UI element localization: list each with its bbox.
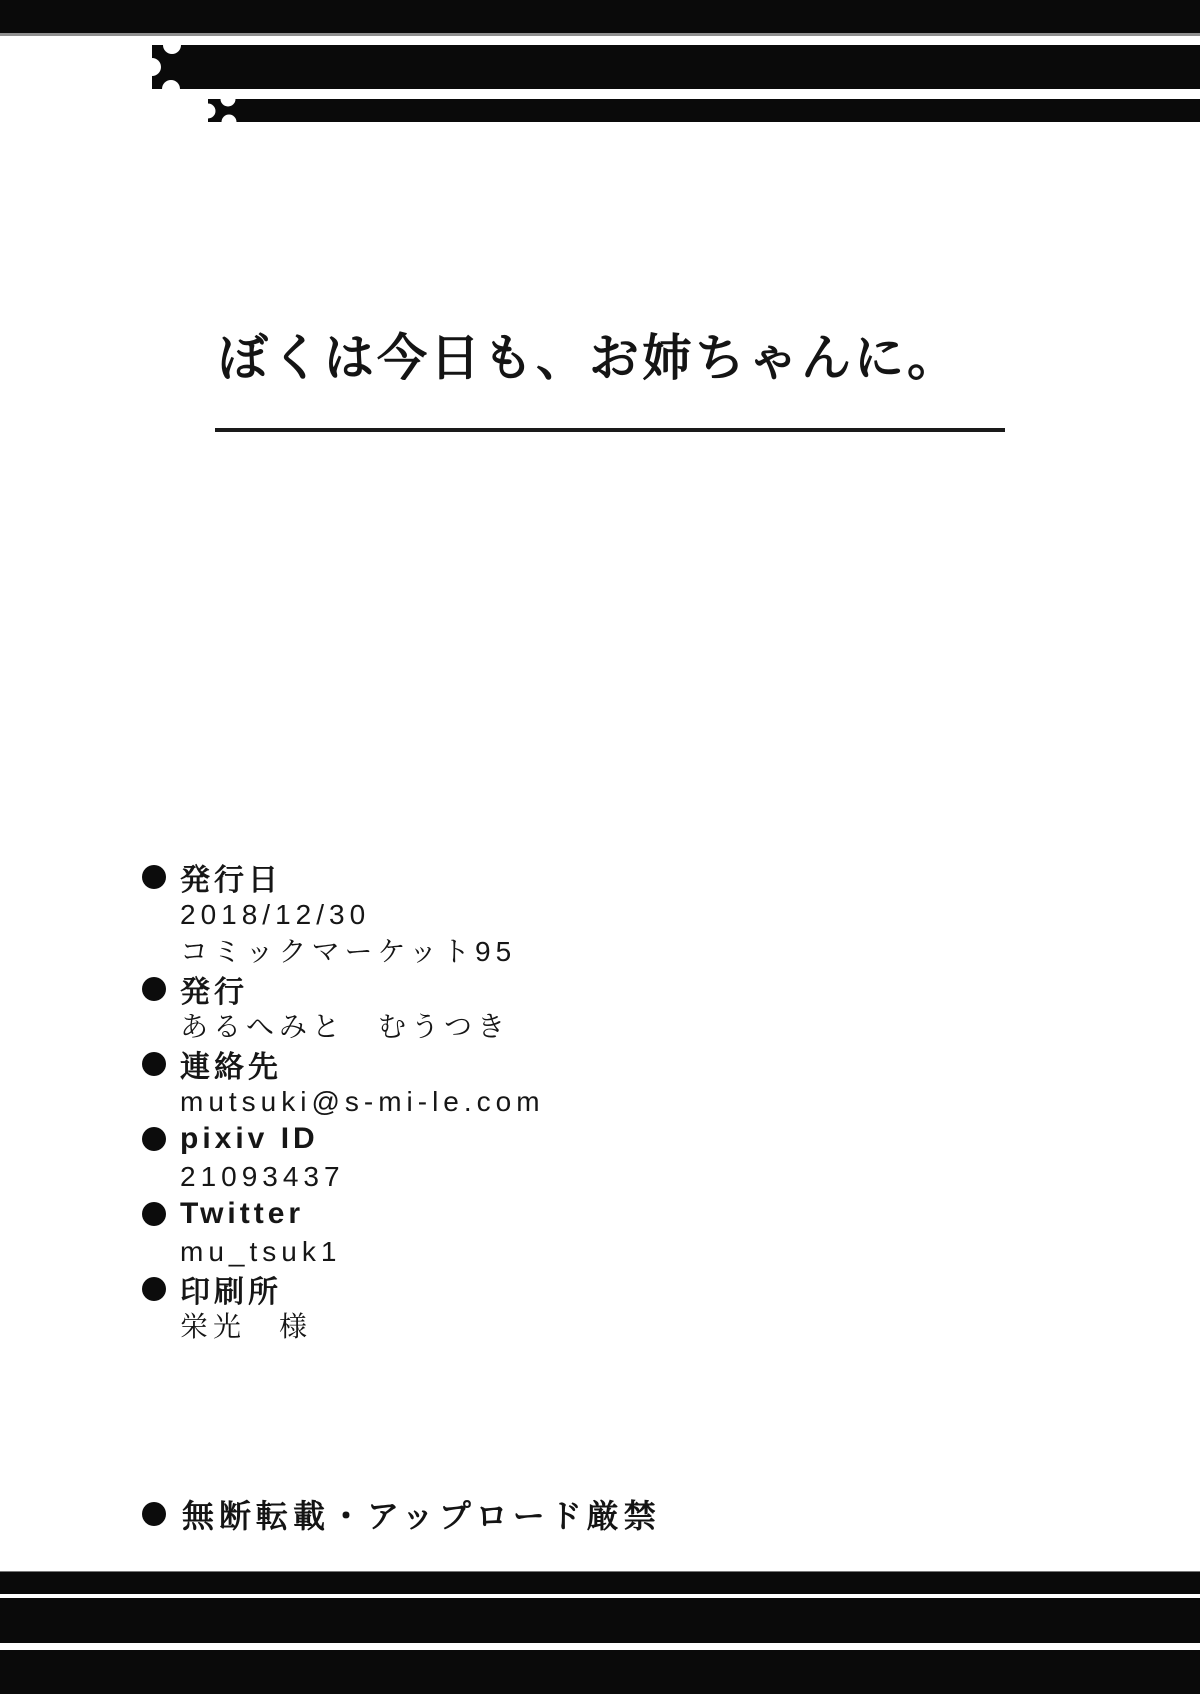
entry-value: mu_tsuk1 xyxy=(142,1233,842,1270)
colophon-list: 発行日 2018/12/30 コミックマーケット95 発行 あるへみと むうつき… xyxy=(142,858,842,1345)
notch-circle xyxy=(162,80,180,98)
entry-label: 印刷所 xyxy=(180,1267,282,1311)
bullet-dot-icon xyxy=(142,1277,166,1301)
entry-value: あるへみと むうつき xyxy=(142,1008,842,1045)
colophon-entry-publication-date: 発行日 2018/12/30 コミックマーケット95 xyxy=(142,858,842,970)
top-bar-1-gray-edge xyxy=(0,33,1200,36)
bullet-dot-icon xyxy=(142,1127,166,1151)
entry-value: 21093437 xyxy=(142,1158,842,1195)
bottom-border-bar-2 xyxy=(0,1598,1200,1643)
colophon-entry-publisher: 発行 あるへみと むうつき xyxy=(142,970,842,1045)
notch-circle xyxy=(143,58,161,76)
entry-value: 栄光 様 xyxy=(142,1308,842,1345)
bullet-dot-icon xyxy=(142,977,166,1001)
bullet-dot-icon xyxy=(142,1052,166,1076)
notch-circle xyxy=(221,92,236,107)
reproduction-notice: 無断転載・アップロード厳禁 xyxy=(142,1492,661,1536)
bullet-dot-icon xyxy=(142,1502,166,1526)
notch-circle xyxy=(201,104,216,119)
top-bar-2 xyxy=(152,45,1200,89)
top-bar-3 xyxy=(208,99,1200,122)
entry-value: mutsuki@s-mi-le.com xyxy=(142,1083,842,1120)
bullet-dot-icon xyxy=(142,865,166,889)
colophon-page: ぼくは今日も、お姉ちゃんに。 発行日 2018/12/30 コミックマーケット9… xyxy=(0,0,1200,1694)
bottom-border-bar-1 xyxy=(0,1571,1200,1594)
colophon-entry-twitter: Twitter mu_tsuk1 xyxy=(142,1195,842,1270)
book-title: ぼくは今日も、お姉ちゃんに。 xyxy=(218,318,960,390)
title-underline xyxy=(215,428,1005,432)
entry-value: コミックマーケット95 xyxy=(142,933,842,970)
entry-label: pixiv ID xyxy=(180,1122,319,1156)
colophon-entry-printer: 印刷所 栄光 様 xyxy=(142,1270,842,1345)
entry-label: Twitter xyxy=(180,1197,304,1231)
top-border-bars-decoration xyxy=(0,0,1200,130)
notch-circle xyxy=(163,36,181,54)
top-bar-1 xyxy=(0,0,1200,33)
notch-circle xyxy=(222,115,237,130)
bottom-border-bar-3 xyxy=(0,1650,1200,1694)
entry-label: 発行日 xyxy=(180,855,282,899)
entry-label: 連絡先 xyxy=(180,1042,282,1086)
notice-text: 無断転載・アップロード厳禁 xyxy=(182,1491,661,1537)
colophon-entry-contact: 連絡先 mutsuki@s-mi-le.com xyxy=(142,1045,842,1120)
colophon-entry-pixiv: pixiv ID 21093437 xyxy=(142,1120,842,1195)
entry-value: 2018/12/30 xyxy=(142,896,842,933)
entry-label: 発行 xyxy=(180,967,248,1011)
bullet-dot-icon xyxy=(142,1202,166,1226)
